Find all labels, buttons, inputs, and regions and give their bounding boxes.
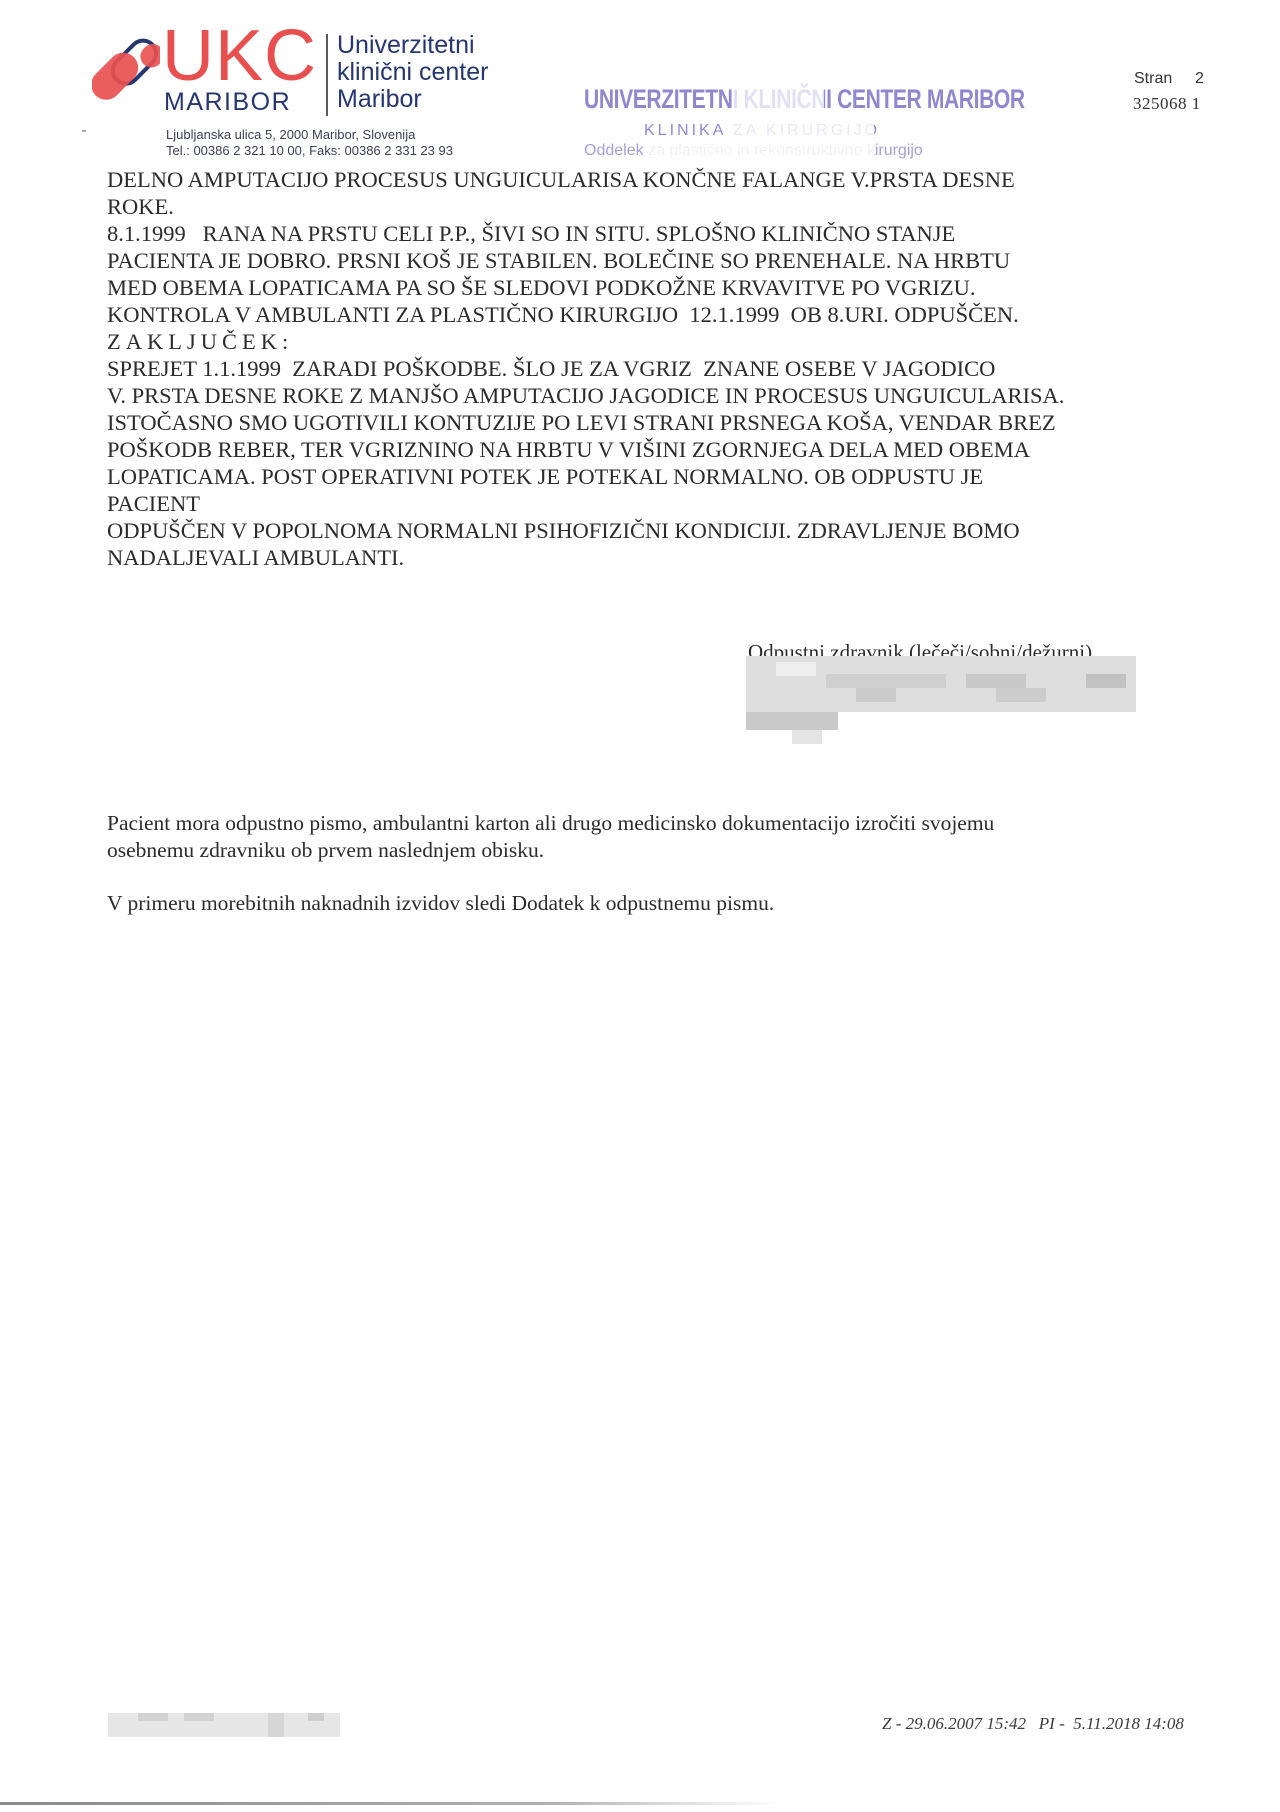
institution-address: Ljubljanska ulica 5, 2000 Maribor, Slove…: [166, 127, 453, 159]
redacted-signature: [746, 656, 1136, 758]
redacted-footer-field: [108, 1713, 340, 1737]
institution-name-line: Maribor: [337, 86, 488, 113]
print-timestamps: Z - 29.06.2007 15:42 PI - 5.11.2018 14:0…: [882, 1714, 1184, 1734]
text-line: NADALJEVALI AMBULANTI.: [107, 544, 1227, 571]
text-line: PACIENT: [107, 490, 1227, 517]
text-line: Pacient mora odpustno pismo, ambulantni …: [107, 810, 1207, 837]
text-line: PACIENTA JE DOBRO. PRSNI KOŠ JE STABILEN…: [107, 247, 1227, 274]
document-id: 325068 1: [1133, 94, 1201, 114]
page-edge-shadow: [0, 1802, 780, 1805]
text-line: SPREJET 1.1.1999 ZARADI POŠKODBE. ŠLO JE…: [107, 355, 1227, 382]
logo-abbreviation: UKC: [162, 20, 317, 92]
page-label: Stran: [1134, 70, 1172, 88]
text-line: MED OBEMA LOPATICAMA PA SO ŠE SLEDOVI PO…: [107, 274, 1227, 301]
text-line: DELNO AMPUTACIJO PROCESUS UNGUICULARISA …: [107, 166, 1227, 193]
logo-city: MARIBOR: [164, 90, 291, 115]
text-line: POŠKODB REBER, TER VGRIZNINO NA HRBTU V …: [107, 436, 1227, 463]
text-line: ODPUŠČEN V POPOLNOMA NORMALNI PSIHOFIZIČ…: [107, 517, 1227, 544]
stamp-faded-area: [724, 120, 874, 142]
logo-divider: [326, 34, 328, 116]
text-line: osebnemu zdravniku ob prvem naslednjem o…: [107, 837, 1207, 864]
conclusion-heading: ZAKLJUČEK:: [107, 328, 1227, 355]
discharge-text: DELNO AMPUTACIJO PROCESUS UNGUICULARISA …: [107, 166, 1227, 571]
institution-name: Univerzitetni klinični center Maribor: [337, 32, 488, 113]
text-line: LOPATICAMA. POST OPERATIVNI POTEK JE POT…: [107, 463, 1227, 490]
text-line: ISTOČASNO SMO UGOTIVILI KONTUZIJE PO LEV…: [107, 409, 1227, 436]
text-line: ROKE.: [107, 193, 1227, 220]
institution-name-line: klinični center: [337, 59, 488, 86]
text-line: V. PRSTA DESNE ROKE Z MANJŠO AMPUTACIJO …: [107, 382, 1227, 409]
stamp-faded-area: [734, 84, 824, 124]
page-number: 2: [1195, 70, 1204, 88]
stamp-faded-area: [644, 142, 874, 164]
scan-mark: [82, 130, 86, 132]
addendum-note: V primeru morebitnih naknadnih izvidov s…: [107, 890, 774, 917]
patient-instruction: Pacient mora odpustno pismo, ambulantni …: [107, 810, 1207, 864]
address-line: Ljubljanska ulica 5, 2000 Maribor, Slove…: [166, 127, 453, 143]
contact-line: Tel.: 00386 2 321 10 00, Faks: 00386 2 3…: [166, 143, 453, 159]
ukc-logo-mark-icon: [92, 30, 160, 114]
institution-name-line: Univerzitetni: [337, 32, 488, 59]
text-line: 8.1.1999 RANA NA PRSTU CELI P.P., ŠIVI S…: [107, 220, 1227, 247]
text-line: KONTROLA V AMBULANTI ZA PLASTIČNO KIRURG…: [107, 301, 1227, 328]
department-stamp: UNIVERZITETNI KLINIČNI CENTER MARIBOR KL…: [584, 84, 984, 170]
